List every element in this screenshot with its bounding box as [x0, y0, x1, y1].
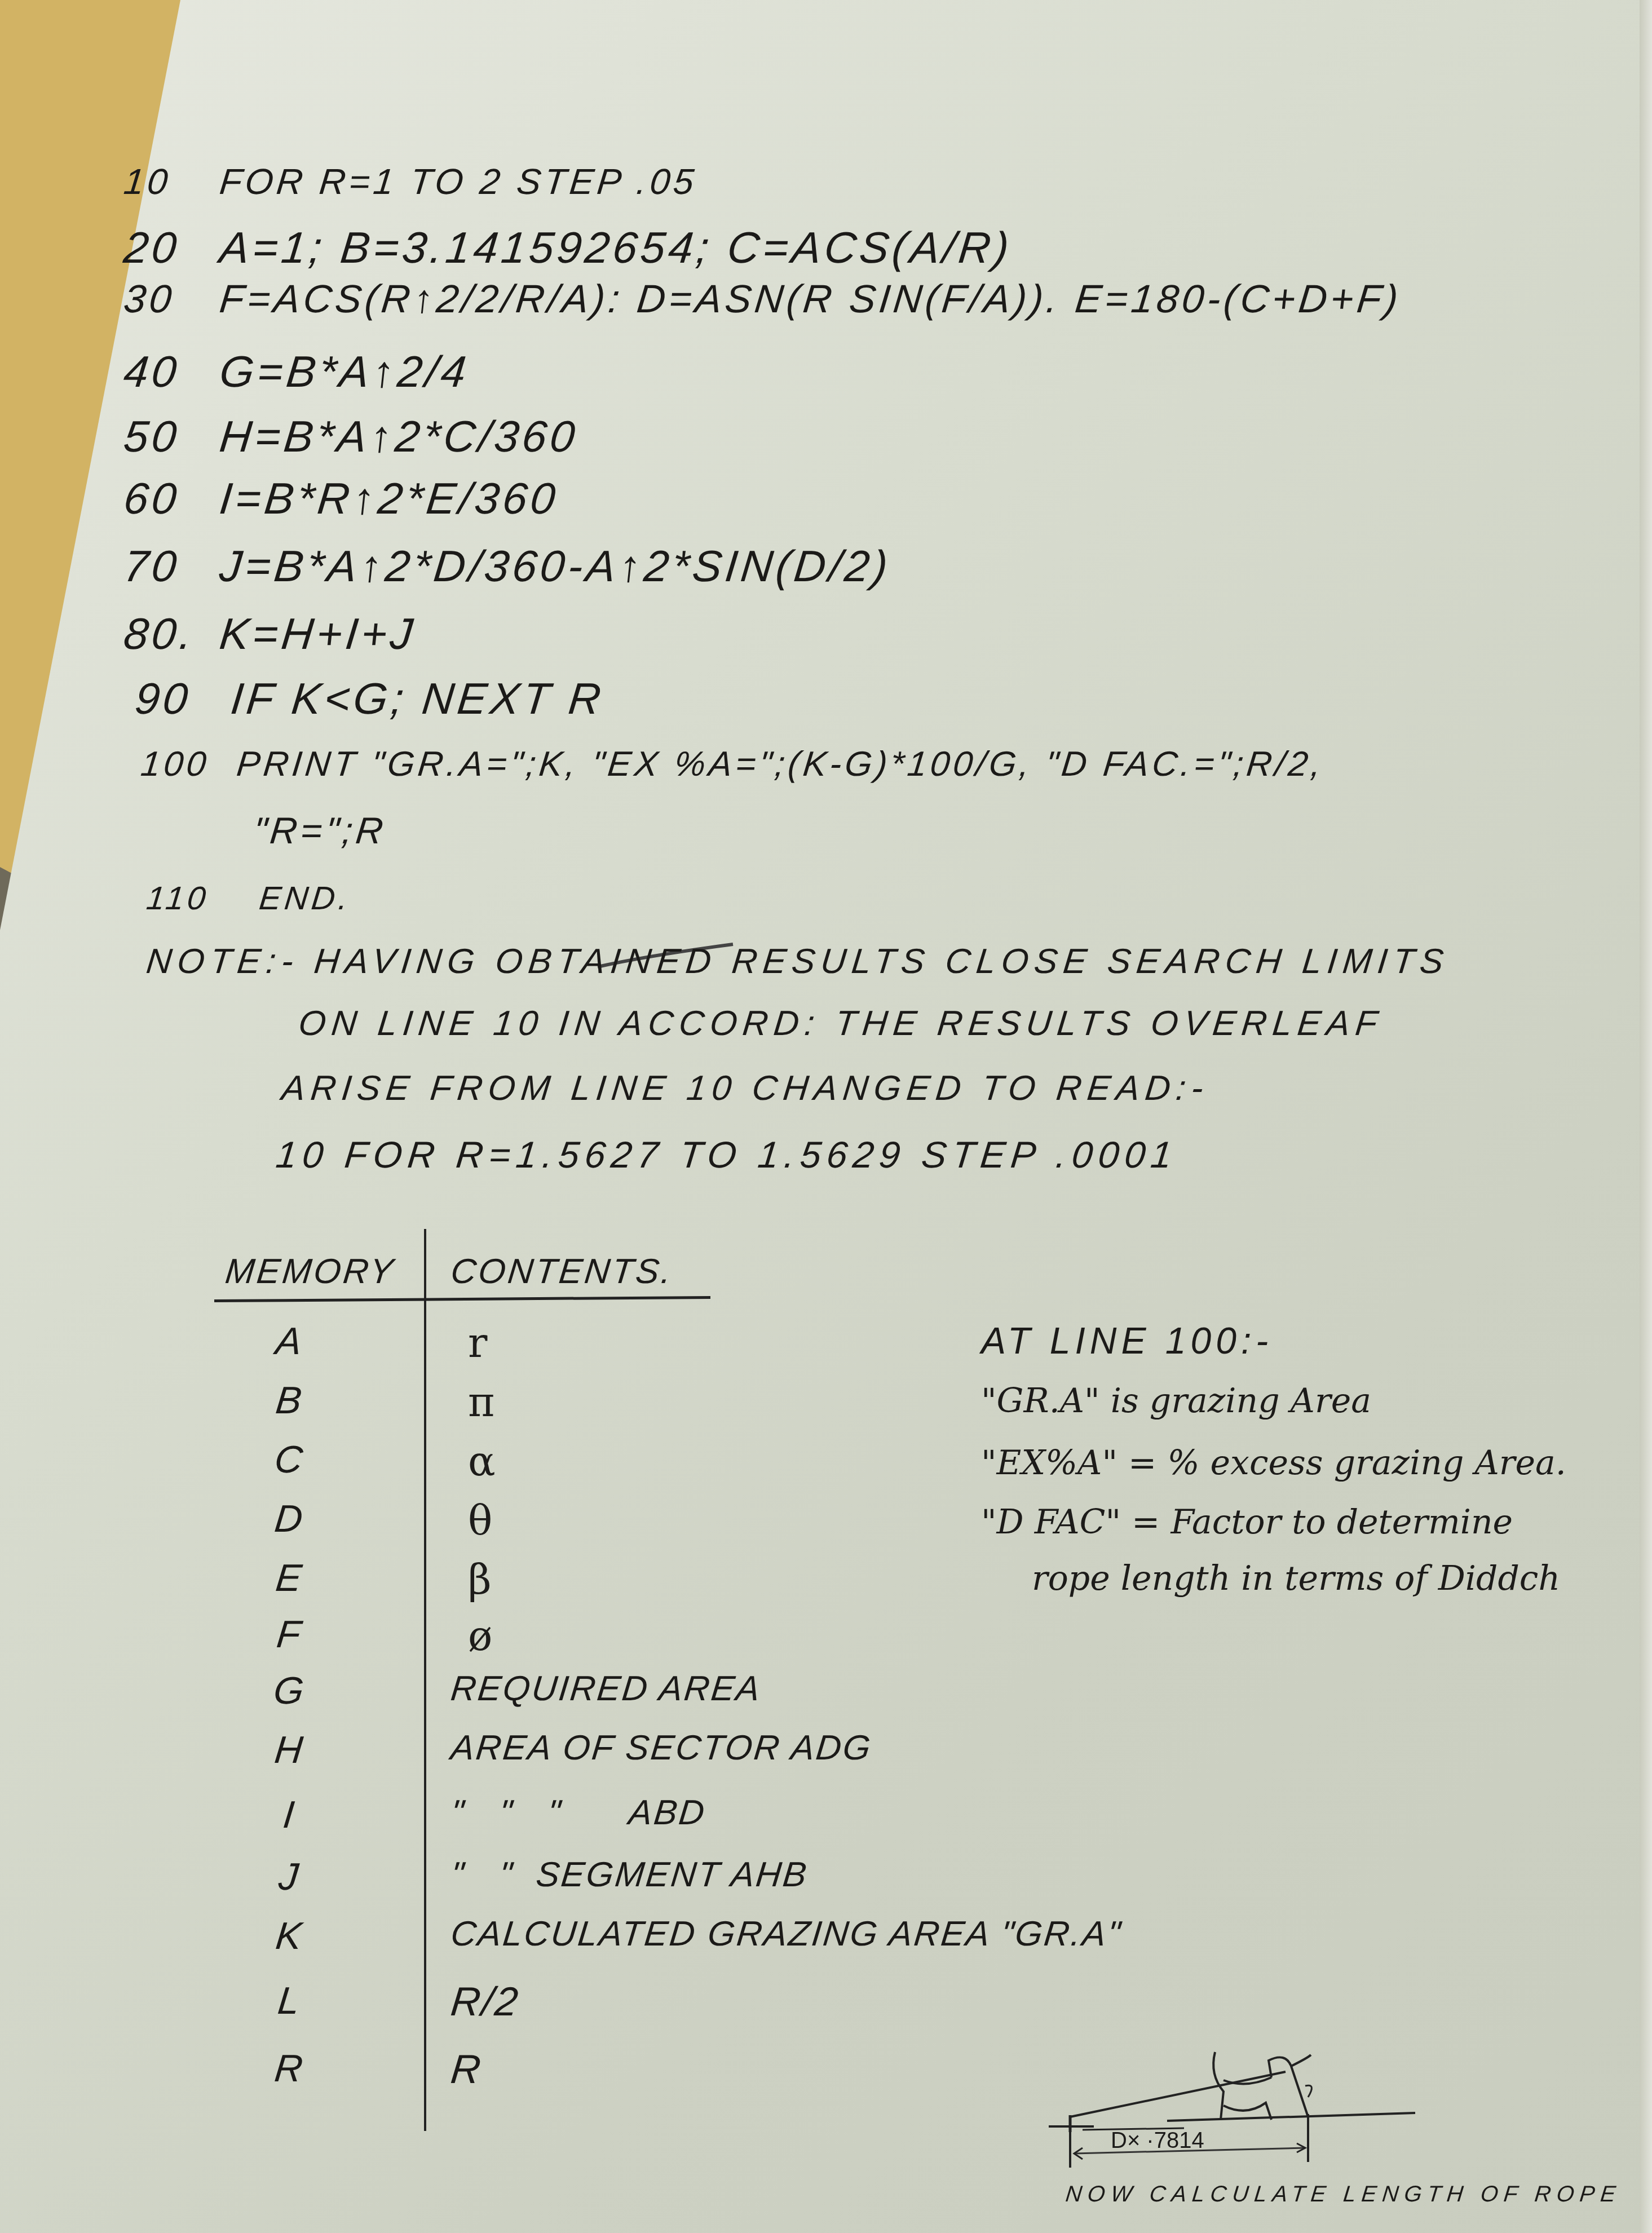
line-number: 90: [133, 676, 233, 720]
line-code: IF K<G; NEXT R: [228, 674, 606, 723]
memory-key: D: [266, 1497, 315, 1541]
memory-key: F: [266, 1612, 315, 1656]
code-line-110: 110END.: [145, 882, 353, 915]
memory-key: H: [266, 1728, 315, 1772]
line-number: 80.: [122, 612, 222, 656]
side-note-line: "EX%A" = % excess grazing Area.: [981, 1443, 1566, 1483]
line-number: 40: [122, 350, 222, 393]
line-code: PRINT "GR.A=";K, "EX %A=";(K-G)*100/G, "…: [235, 745, 1326, 784]
memory-key: G: [266, 1669, 315, 1713]
line-code: END.: [258, 880, 353, 917]
grazing-goat-sketch-icon: D× ·7814: [1043, 2035, 1438, 2170]
memory-key: K: [266, 1914, 315, 1958]
table-row: J " " SEGMENT AHB: [214, 1855, 1173, 1914]
code-line-40: 40G=B*A↑2/4: [122, 350, 471, 393]
line-code: "R=";R: [251, 810, 388, 851]
side-note-line: "D FAC" = Factor to determine: [981, 1502, 1513, 1542]
code-line-30: 30F=ACS(R↑2/2/R/A): D=ASN(R SIN(F/A)). E…: [122, 279, 1403, 319]
side-note-line: rope length in terms of Diddch: [1032, 1559, 1560, 1598]
side-note-line: "GR.A" is grazing Area: [981, 1381, 1371, 1421]
memory-value: R: [449, 2046, 485, 2093]
note-line-3: ARISE FROM LINE 10 CHANGED TO READ:-: [280, 1068, 1211, 1108]
line-code: K=H+I+J: [217, 609, 418, 658]
dimension-label: D× ·7814: [1111, 2128, 1204, 2153]
line-code: I=B*R↑2*E/360: [217, 474, 561, 523]
paper-edge: [1640, 0, 1652, 2233]
line-code: H=B*A↑2*C/360: [217, 412, 580, 461]
code-line-90: 90IF K<G; NEXT R: [133, 676, 606, 720]
header-memory: MEMORY: [223, 1252, 397, 1292]
memory-key: B: [266, 1378, 315, 1422]
memory-table: MEMORY CONTENTS. A r B π C α D θ E β F ø…: [214, 1229, 1173, 2142]
line-number: 30: [122, 279, 222, 319]
line-number: 50: [122, 414, 222, 458]
table-row: H AREA OF SECTOR ADG: [214, 1728, 1173, 1787]
code-line-60: 60I=B*R↑2*E/360: [122, 476, 561, 520]
memory-key: I: [266, 1793, 315, 1837]
line-number: 100: [139, 747, 239, 782]
memory-key: A: [266, 1319, 315, 1363]
table-row: I " " " ABD: [214, 1793, 1173, 1852]
line-code: J=B*A↑2*D/360-A↑2*SIN(D/2): [217, 541, 893, 591]
memory-value: α: [468, 1438, 497, 1485]
line-code: F=ACS(R↑2/2/R/A): D=ASN(R SIN(F/A)). E=1…: [218, 277, 1403, 321]
memory-key: E: [266, 1556, 315, 1600]
code-line-80: 80.K=H+I+J: [122, 612, 418, 656]
line-number: 60: [122, 476, 222, 520]
line-number: 110: [145, 882, 261, 915]
memory-value: " " " ABD: [449, 1793, 708, 1833]
memory-value: ø: [468, 1612, 494, 1660]
line-number: 20: [122, 225, 222, 269]
memory-key: R: [266, 2046, 315, 2090]
line-code: A=1; B=3.141592654; C=ACS(A/R): [217, 223, 1014, 272]
line-code: G=B*A↑2/4: [217, 347, 471, 396]
table-row: G REQUIRED AREA: [214, 1669, 1173, 1728]
table-row: R R: [214, 2046, 1173, 2106]
memory-value: β: [468, 1556, 493, 1603]
note-line-4: 10 FOR R=1.5627 TO 1.5629 STEP .0001: [274, 1133, 1180, 1176]
code-line-50: 50H=B*A↑2*C/360: [122, 414, 580, 458]
memory-value: REQUIRED AREA: [449, 1669, 763, 1709]
memory-value: θ: [468, 1497, 494, 1544]
line-number: 10: [122, 163, 222, 200]
code-line-20: 20A=1; B=3.141592654; C=ACS(A/R): [122, 225, 1014, 269]
line-number: 70: [122, 544, 222, 588]
code-line-10: 10FOR R=1 TO 2 STEP .05: [122, 163, 699, 200]
memory-value: " " SEGMENT AHB: [449, 1855, 810, 1895]
memory-key: C: [266, 1438, 315, 1482]
memory-value: r: [468, 1319, 489, 1367]
memory-value: AREA OF SECTOR ADG: [449, 1728, 874, 1768]
memory-key: L: [266, 1979, 315, 2023]
code-line-100-cont: "R=";R: [173, 812, 388, 849]
memory-value: R/2: [449, 1979, 522, 2025]
sketch-caption: NOW CALCULATE LENGTH OF ROPE: [1064, 2182, 1623, 2207]
line-code: FOR R=1 TO 2 STEP .05: [218, 161, 699, 202]
table-row: F ø: [214, 1612, 1173, 1672]
memory-key: J: [266, 1855, 315, 1899]
table-row: L R/2: [214, 1979, 1173, 2038]
table-row: E β: [214, 1556, 1173, 1615]
code-line-70: 70J=B*A↑2*D/360-A↑2*SIN(D/2): [122, 544, 893, 588]
side-note-heading: AT LINE 100:-: [981, 1319, 1273, 1362]
code-line-100: 100PRINT "GR.A=";K, "EX %A=";(K-G)*100/G…: [139, 747, 1326, 782]
note-line-1: NOTE:- HAVING OBTAINED RESULTS CLOSE SEA…: [144, 941, 1451, 981]
table-header-rule: [214, 1296, 710, 1302]
header-contents: CONTENTS.: [449, 1252, 675, 1292]
memory-value: π: [468, 1378, 496, 1426]
memory-value: CALCULATED GRAZING AREA "GR.A": [449, 1914, 1124, 1954]
table-row: K CALCULATED GRAZING AREA "GR.A": [214, 1914, 1173, 1973]
note-line-2: ON LINE 10 IN ACCORD: THE RESULTS OVERLE…: [297, 1003, 1385, 1043]
